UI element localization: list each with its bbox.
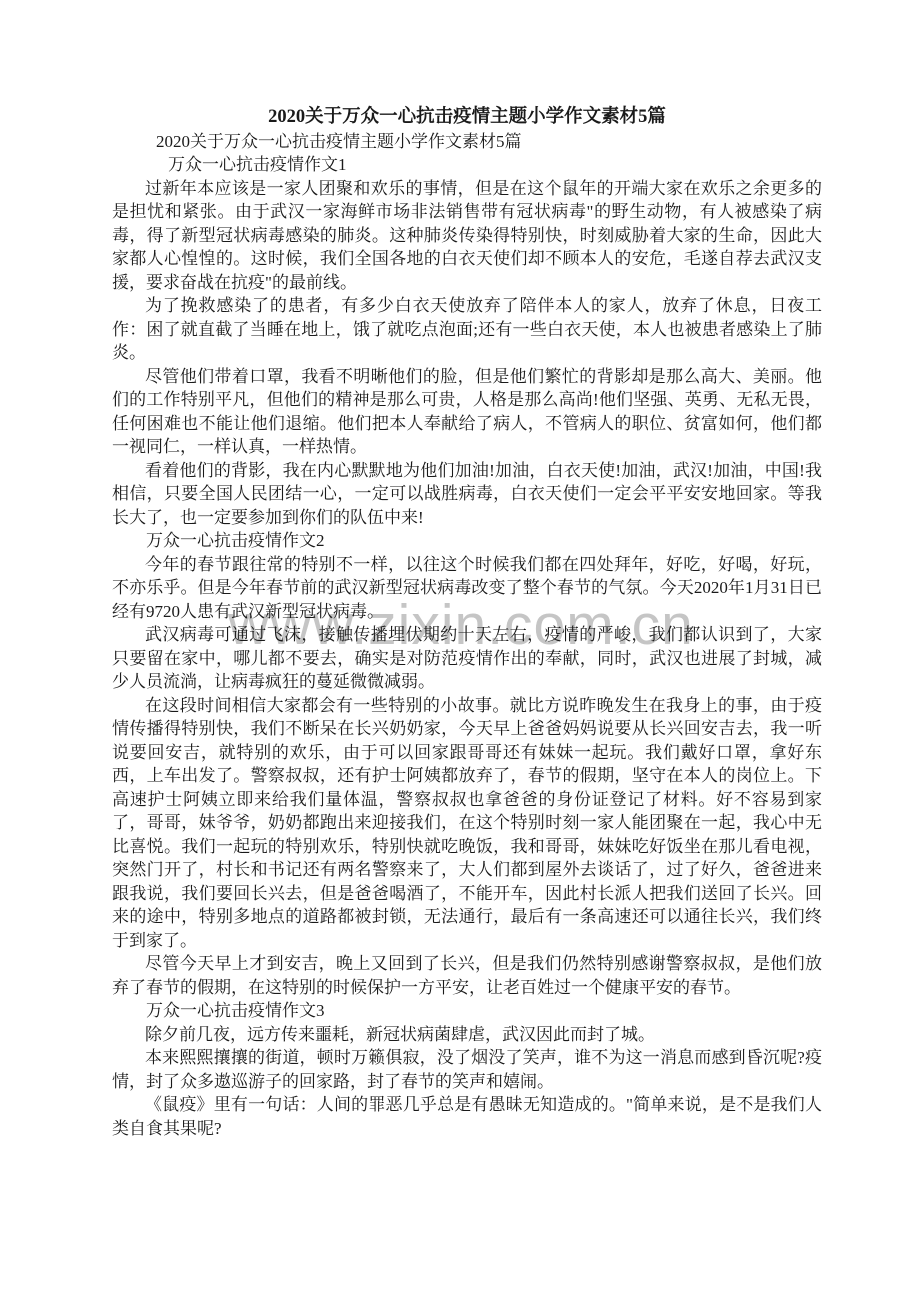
essay-2-heading: 万众一心抗击疫情作文2 bbox=[112, 529, 822, 553]
essay-3-paragraph-2: 本来熙熙攘攘的街道，顿时万籁俱寂，没了烟没了笑声，谁不为这一消息而感到昏沉呢?疫… bbox=[112, 1046, 822, 1093]
essay-3-paragraph-1: 除夕前几夜，远方传来噩耗，新冠状病菌肆虐，武汉因此而封了城。 bbox=[112, 1023, 822, 1047]
essay-section-3: 万众一心抗击疫情作文3 除夕前几夜，远方传来噩耗，新冠状病菌肆虐，武汉因此而封了… bbox=[112, 999, 822, 1140]
essay-3-heading: 万众一心抗击疫情作文3 bbox=[112, 999, 822, 1023]
essay-1-heading: 万众一心抗击疫情作文1 bbox=[112, 153, 822, 177]
essay-1-paragraph-2: 为了挽救感染了的患者，有多少白衣天使放弃了陪伴本人的家人，放弃了休息，日夜工作：… bbox=[112, 294, 822, 365]
document-subtitle: 2020关于万众一心抗击疫情主题小学作文素材5篇 bbox=[112, 130, 822, 154]
essay-section-1: 万众一心抗击疫情作文1 过新年本应该是一家人团聚和欢乐的事情，但是在这个鼠年的开… bbox=[112, 153, 822, 529]
essay-2-paragraph-1: 今年的春节跟往常的特别不一样，以往这个时候我们都在四处拜年，好吃，好喝，好玩，不… bbox=[112, 553, 822, 624]
essay-1-paragraph-4: 看着他们的背影，我在内心默默地为他们加油!加油，白衣天使!加油，武汉!加油，中国… bbox=[112, 459, 822, 530]
document-title: 2020关于万众一心抗击疫情主题小学作文素材5篇 bbox=[112, 106, 822, 130]
document-page: www.zixin.com.cn 2020关于万众一心抗击疫情主题小学作文素材5… bbox=[0, 0, 920, 1302]
essay-1-paragraph-3: 尽管他们带着口罩，我看不明晰他们的脸，但是他们繁忙的背影却是那么高大、美丽。他们… bbox=[112, 365, 822, 459]
essay-2-paragraph-3: 在这段时间相信大家都会有一些特别的小故事。就比方说昨晚发生在我身上的事，由于疫情… bbox=[112, 694, 822, 953]
essay-2-paragraph-4: 尽管今天早上才到安吉，晚上又回到了长兴，但是我们仍然特别感谢警察叔叔，是他们放弃… bbox=[112, 952, 822, 999]
essay-3-paragraph-3: 《鼠疫》里有一句话：人间的罪恶几乎总是有愚昧无知造成的。"简单来说，是不是我们人… bbox=[112, 1093, 822, 1140]
essay-section-2: 万众一心抗击疫情作文2 今年的春节跟往常的特别不一样，以往这个时候我们都在四处拜… bbox=[112, 529, 822, 999]
essay-2-paragraph-2: 武汉病毒可通过飞沫，接触传播埋伏期约十天左右，疫情的严峻，我们都认识到了，大家只… bbox=[112, 623, 822, 694]
document-content: 2020关于万众一心抗击疫情主题小学作文素材5篇 2020关于万众一心抗击疫情主… bbox=[0, 0, 920, 1140]
essay-1-paragraph-1: 过新年本应该是一家人团聚和欢乐的事情，但是在这个鼠年的开端大家在欢乐之余更多的是… bbox=[112, 177, 822, 295]
